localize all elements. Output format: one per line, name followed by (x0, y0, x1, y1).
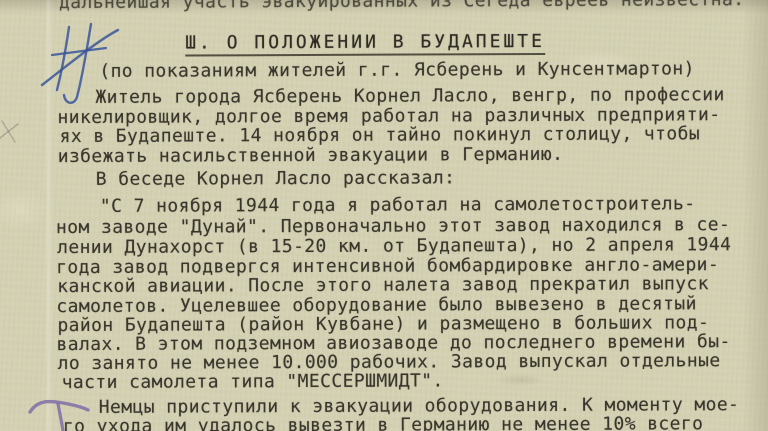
document-scan: дальнейшая участь эвакуированных из Сеге… (0, 0, 768, 431)
typed-line: ях в Будапеште. 14 ноября он тайно покин… (60, 124, 701, 147)
section-heading: Ш. О ПОЛОЖЕНИИ В БУДАПЕШТЕ (185, 32, 545, 57)
typed-line: В беседе Корнел Ласло рассказал: (96, 168, 456, 190)
section-subtitle: (по показаниям жителей г.г. Ясберень и К… (99, 59, 695, 82)
typed-line: части самолета типа "МЕССЕРШМИДТ". (62, 371, 444, 393)
typed-line: го ухода им удалось вывезти в Германию н… (63, 414, 704, 431)
typed-page: дальнейшая участь эвакуированных из Сеге… (0, 0, 768, 431)
typed-line: избежать насильственной эвакуации в Герм… (58, 145, 564, 167)
typed-line-continuation: дальнейшая участь эвакуированных из Сеге… (59, 0, 745, 13)
typed-line: "С 7 ноября 1944 года я работал на самол… (100, 194, 696, 217)
